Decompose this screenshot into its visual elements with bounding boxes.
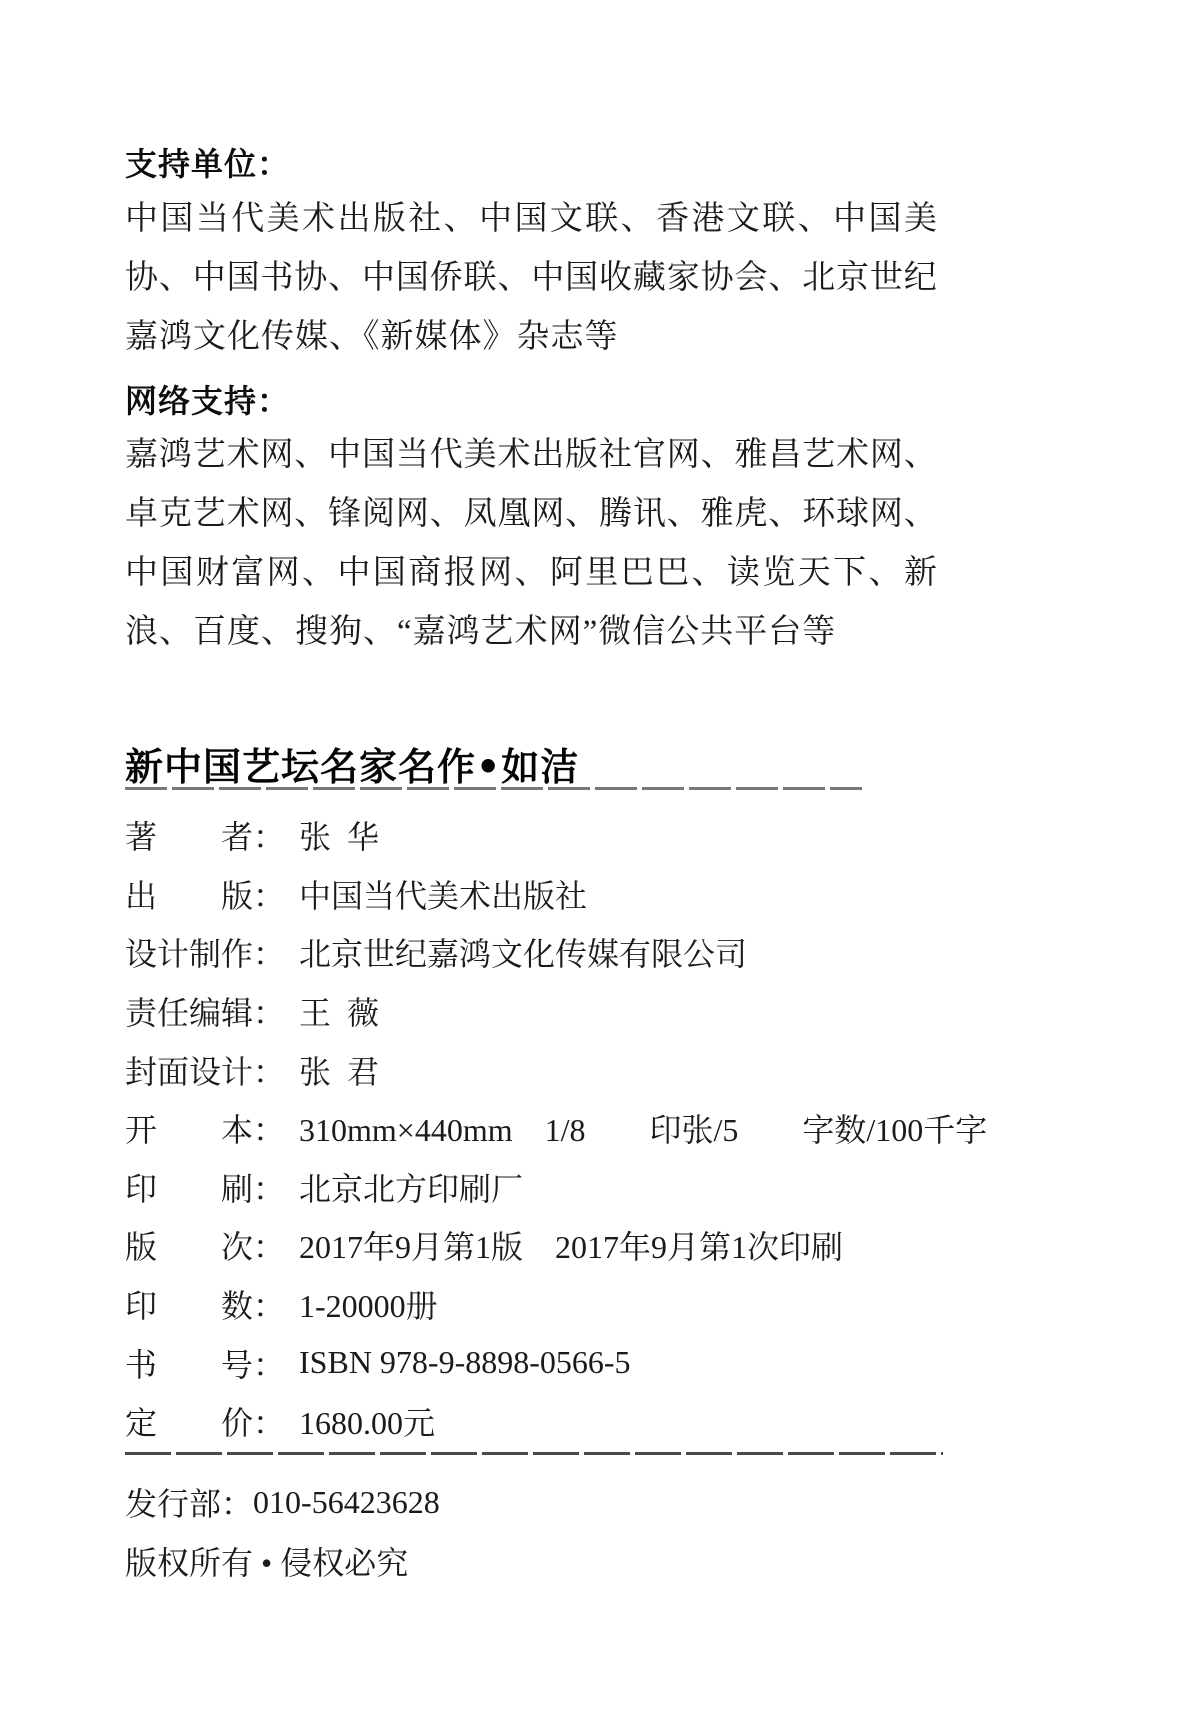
distribution-label: 发行部 <box>125 1479 221 1525</box>
char: 、 <box>768 251 801 298</box>
meta-row: 书号：ISBN 978-9-8898-0566-5 <box>125 1333 985 1392</box>
char: 、 <box>869 546 902 593</box>
char: 网 <box>260 428 293 475</box>
char: 美 <box>464 428 497 475</box>
char: 联 <box>762 192 795 239</box>
char: 版 <box>565 428 598 475</box>
char: 读 <box>727 546 760 593</box>
meta-colon: ： <box>253 1164 285 1210</box>
char: 数 <box>221 1281 253 1327</box>
meta-colon: ： <box>253 812 285 858</box>
char: 术 <box>227 428 260 475</box>
char: 京 <box>836 251 869 298</box>
char: 协 <box>125 251 158 298</box>
char: 国 <box>373 546 406 593</box>
char: 巴 <box>656 546 689 593</box>
meta-colon: ： <box>253 1222 285 1268</box>
char: 网 <box>870 428 903 475</box>
char: 、 <box>768 487 801 534</box>
char: 网 <box>479 546 512 593</box>
char: 、 <box>904 428 937 475</box>
title-underline <box>125 787 862 790</box>
meta-row: 版次：2017年9月第1版 2017年9月第1次印刷 <box>125 1216 985 1275</box>
char: 新 <box>904 546 937 593</box>
char: 、 <box>328 251 361 298</box>
support-line-1: 中国当代美术出版社、中国文联、香港文联、中国美 <box>125 186 937 245</box>
meta-row: 设计制作：北京世纪嘉鸿文化传媒有限公司 <box>125 923 985 982</box>
meta-value: 张 华 <box>299 812 379 858</box>
meta-label: 版次 <box>125 1222 253 1268</box>
char: 香 <box>656 192 689 239</box>
char: 、 <box>294 428 327 475</box>
char: 联 <box>464 251 497 298</box>
char: 术 <box>227 487 260 534</box>
char: 当 <box>396 428 429 475</box>
char: 中 <box>337 546 370 593</box>
char: 、 <box>798 192 831 239</box>
char: 书 <box>260 251 293 298</box>
char: 下 <box>833 546 866 593</box>
meta-colon: ： <box>253 988 285 1034</box>
char: 商 <box>408 546 441 593</box>
char: 制 <box>189 929 221 975</box>
meta-label: 印数 <box>125 1281 253 1327</box>
char: 鸿 <box>159 428 192 475</box>
network-line-3: 中国财富网、中国商报网、阿里巴巴、读览天下、新 <box>125 540 937 599</box>
char: 纪 <box>904 251 937 298</box>
char: 凰 <box>497 487 530 534</box>
meta-value: 1-20000册 <box>299 1281 438 1327</box>
char: 网 <box>870 487 903 534</box>
meta-colon: ： <box>253 1047 285 1093</box>
char: 定 <box>125 1398 157 1444</box>
char: 巴 <box>621 546 654 593</box>
char: 雅 <box>701 487 734 534</box>
network-line-1: 嘉鸿艺术网、中国当代美术出版社官网、雅昌艺术网、 <box>125 422 937 481</box>
meta-row: 印刷：北京北方印刷厂 <box>125 1158 985 1217</box>
section-divider <box>125 1452 943 1455</box>
char: 出 <box>125 871 157 917</box>
meta-value: 310mm×440mm 1/8 印张/5 字数/100千字 <box>299 1105 987 1151</box>
char: 网 <box>667 428 700 475</box>
char: 任 <box>157 988 189 1034</box>
char: 版 <box>221 871 253 917</box>
char: 中 <box>125 546 158 593</box>
meta-value: 2017年9月第1版 2017年9月第1次印刷 <box>299 1222 843 1268</box>
char: 号 <box>221 1340 253 1386</box>
char: 印 <box>125 1281 157 1327</box>
char: 计 <box>221 1047 253 1093</box>
char: 国 <box>160 192 193 239</box>
char: 次 <box>221 1222 253 1268</box>
char: 版 <box>125 1222 157 1268</box>
char: 开 <box>125 1105 157 1151</box>
char: 、 <box>701 428 734 475</box>
char: 面 <box>157 1047 189 1093</box>
char: 网 <box>267 546 300 593</box>
meta-colon: ： <box>253 1398 285 1444</box>
char: 责 <box>125 988 157 1034</box>
char: 环 <box>802 487 835 534</box>
meta-colon: ： <box>253 871 285 917</box>
char: 术 <box>302 192 335 239</box>
char: 设 <box>125 929 157 975</box>
meta-row: 封面设计：张 君 <box>125 1040 985 1099</box>
char: 北 <box>802 251 835 298</box>
meta-value: 张 君 <box>299 1047 379 1093</box>
char: 、 <box>514 546 547 593</box>
char: 、 <box>565 487 598 534</box>
char: 、 <box>904 487 937 534</box>
char: 辑 <box>221 988 253 1034</box>
char: 网 <box>396 487 429 534</box>
meta-value: 北京世纪嘉鸿文化传媒有限公司 <box>299 929 747 975</box>
char: 本 <box>221 1105 253 1151</box>
char: 协 <box>294 251 327 298</box>
meta-value: 1680.00元 <box>299 1398 435 1444</box>
network-support-heading: 网络支持： <box>125 376 290 422</box>
char: 协 <box>701 251 734 298</box>
char: 球 <box>836 487 869 534</box>
support-units-paragraph: 中国当代美术出版社、中国文联、香港文联、中国美 协、中国书协、中国侨联、中国收藏… <box>125 186 937 363</box>
char: 、 <box>159 251 192 298</box>
meta-row: 印数：1-20000册 <box>125 1275 985 1334</box>
network-support-paragraph: 嘉鸿艺术网、中国当代美术出版社官网、雅昌艺术网、 卓克艺术网、锋阅网、凤凰网、腾… <box>125 422 937 658</box>
char: 里 <box>585 546 618 593</box>
meta-label: 印刷 <box>125 1164 253 1210</box>
char: 编 <box>189 988 221 1034</box>
char: 收 <box>599 251 632 298</box>
char: 阿 <box>550 546 583 593</box>
meta-colon: ： <box>253 1105 285 1151</box>
char: 社 <box>599 428 632 475</box>
char: 术 <box>497 428 530 475</box>
char: 览 <box>762 546 795 593</box>
char: 虎 <box>734 487 767 534</box>
char: 锋 <box>328 487 361 534</box>
char: 设 <box>189 1047 221 1093</box>
char: 雅 <box>734 428 767 475</box>
char: 报 <box>444 546 477 593</box>
char: 港 <box>692 192 725 239</box>
char: 作 <box>221 929 253 975</box>
meta-value: ISBN 978-9-8898-0566-5 <box>299 1344 631 1381</box>
char: 中 <box>531 251 564 298</box>
char: 艺 <box>802 428 835 475</box>
char: 、 <box>444 192 477 239</box>
char: 价 <box>221 1398 253 1444</box>
meta-label: 封面设计 <box>125 1047 253 1093</box>
char: 阅 <box>362 487 395 534</box>
char: 网 <box>531 487 564 534</box>
meta-label: 开本 <box>125 1105 253 1151</box>
char: 中 <box>362 251 395 298</box>
char: 著 <box>125 812 157 858</box>
distribution-value: 010-56423628 <box>253 1484 440 1521</box>
char: 印 <box>125 1164 157 1210</box>
char: 嘉 <box>125 428 158 475</box>
char: 、 <box>497 251 530 298</box>
char: 国 <box>362 428 395 475</box>
char: 联 <box>585 192 618 239</box>
char: 、 <box>294 487 327 534</box>
char: 美 <box>904 192 937 239</box>
meta-row: 开本：310mm×440mm 1/8 印张/5 字数/100千字 <box>125 1099 985 1158</box>
char: 、 <box>430 487 463 534</box>
char: 侨 <box>430 251 463 298</box>
char: 代 <box>430 428 463 475</box>
char: 国 <box>160 546 193 593</box>
network-line-2: 卓克艺术网、锋阅网、凤凰网、腾讯、雅虎、环球网、 <box>125 481 937 540</box>
meta-label: 出版 <box>125 871 253 917</box>
char: 文 <box>727 192 760 239</box>
char: 官 <box>633 428 666 475</box>
char: 代 <box>231 192 264 239</box>
meta-row: 著者：张 华 <box>125 806 985 865</box>
char: 中 <box>479 192 512 239</box>
char: 国 <box>396 251 429 298</box>
meta-row: 责任编辑：王 薇 <box>125 982 985 1041</box>
distribution-colon: ： <box>221 1479 253 1525</box>
char: 中 <box>193 251 226 298</box>
meta-value: 中国当代美术出版社 <box>299 871 587 917</box>
char: 卓 <box>125 487 158 534</box>
colophon-page: 支持单位： 中国当代美术出版社、中国文联、香港文联、中国美 协、中国书协、中国侨… <box>0 0 1201 1732</box>
meta-value: 王 薇 <box>299 988 379 1034</box>
char: 藏 <box>633 251 666 298</box>
meta-row: 定价：1680.00元 <box>125 1392 985 1451</box>
char: 克 <box>159 487 192 534</box>
support-units-heading: 支持单位： <box>125 139 290 185</box>
network-line-4: 浪、百度、搜狗、“嘉鸿艺术网”微信公共平台等 <box>125 599 937 658</box>
char: 富 <box>231 546 264 593</box>
char: 天 <box>798 546 831 593</box>
copyright-notice: 版权所有 • 侵权必究 <box>125 1538 408 1584</box>
char: 艺 <box>193 428 226 475</box>
char: 中 <box>833 192 866 239</box>
char: 、 <box>667 487 700 534</box>
meta-label: 责任编辑 <box>125 988 253 1034</box>
char: 会 <box>734 251 767 298</box>
char: 出 <box>531 428 564 475</box>
book-title: 新中国艺坛名家名作•如洁 <box>125 736 579 791</box>
char: 封 <box>125 1047 157 1093</box>
char: 书 <box>125 1340 157 1386</box>
char: 国 <box>514 192 547 239</box>
char: 世 <box>870 251 903 298</box>
char: 、 <box>692 546 725 593</box>
support-line-2: 协、中国书协、中国侨联、中国收藏家协会、北京世纪 <box>125 245 937 304</box>
char: 者 <box>221 812 253 858</box>
char: 国 <box>565 251 598 298</box>
char: 术 <box>836 428 869 475</box>
meta-label: 著者 <box>125 812 253 858</box>
char: 财 <box>196 546 229 593</box>
char: 美 <box>267 192 300 239</box>
distribution-row: 发行部：010-56423628 <box>125 1479 440 1525</box>
char: 艺 <box>193 487 226 534</box>
char: 出 <box>337 192 370 239</box>
meta-row: 出版：中国当代美术出版社 <box>125 865 985 924</box>
char: 网 <box>260 487 293 534</box>
support-line-3: 嘉鸿文化传媒、《新媒体》杂志等 <box>125 304 937 363</box>
char: 、 <box>621 192 654 239</box>
meta-value: 北京北方印刷厂 <box>299 1164 523 1210</box>
meta-label: 定价 <box>125 1398 253 1444</box>
char: 文 <box>550 192 583 239</box>
char: 、 <box>302 546 335 593</box>
char: 讯 <box>633 487 666 534</box>
char: 凤 <box>464 487 497 534</box>
char: 当 <box>196 192 229 239</box>
meta-colon: ： <box>253 1340 285 1386</box>
char: 中 <box>125 192 158 239</box>
char: 社 <box>408 192 441 239</box>
char: 国 <box>869 192 902 239</box>
char: 家 <box>667 251 700 298</box>
meta-table: 著者：张 华出版：中国当代美术出版社设计制作：北京世纪嘉鸿文化传媒有限公司责任编… <box>125 806 985 1451</box>
char: 腾 <box>599 487 632 534</box>
meta-label: 设计制作 <box>125 929 253 975</box>
meta-label: 书号 <box>125 1340 253 1386</box>
char: 国 <box>227 251 260 298</box>
char: 中 <box>328 428 361 475</box>
char: 计 <box>157 929 189 975</box>
char: 版 <box>373 192 406 239</box>
meta-colon: ： <box>253 1281 285 1327</box>
meta-colon: ： <box>253 929 285 975</box>
char: 昌 <box>768 428 801 475</box>
char: 刷 <box>221 1164 253 1210</box>
